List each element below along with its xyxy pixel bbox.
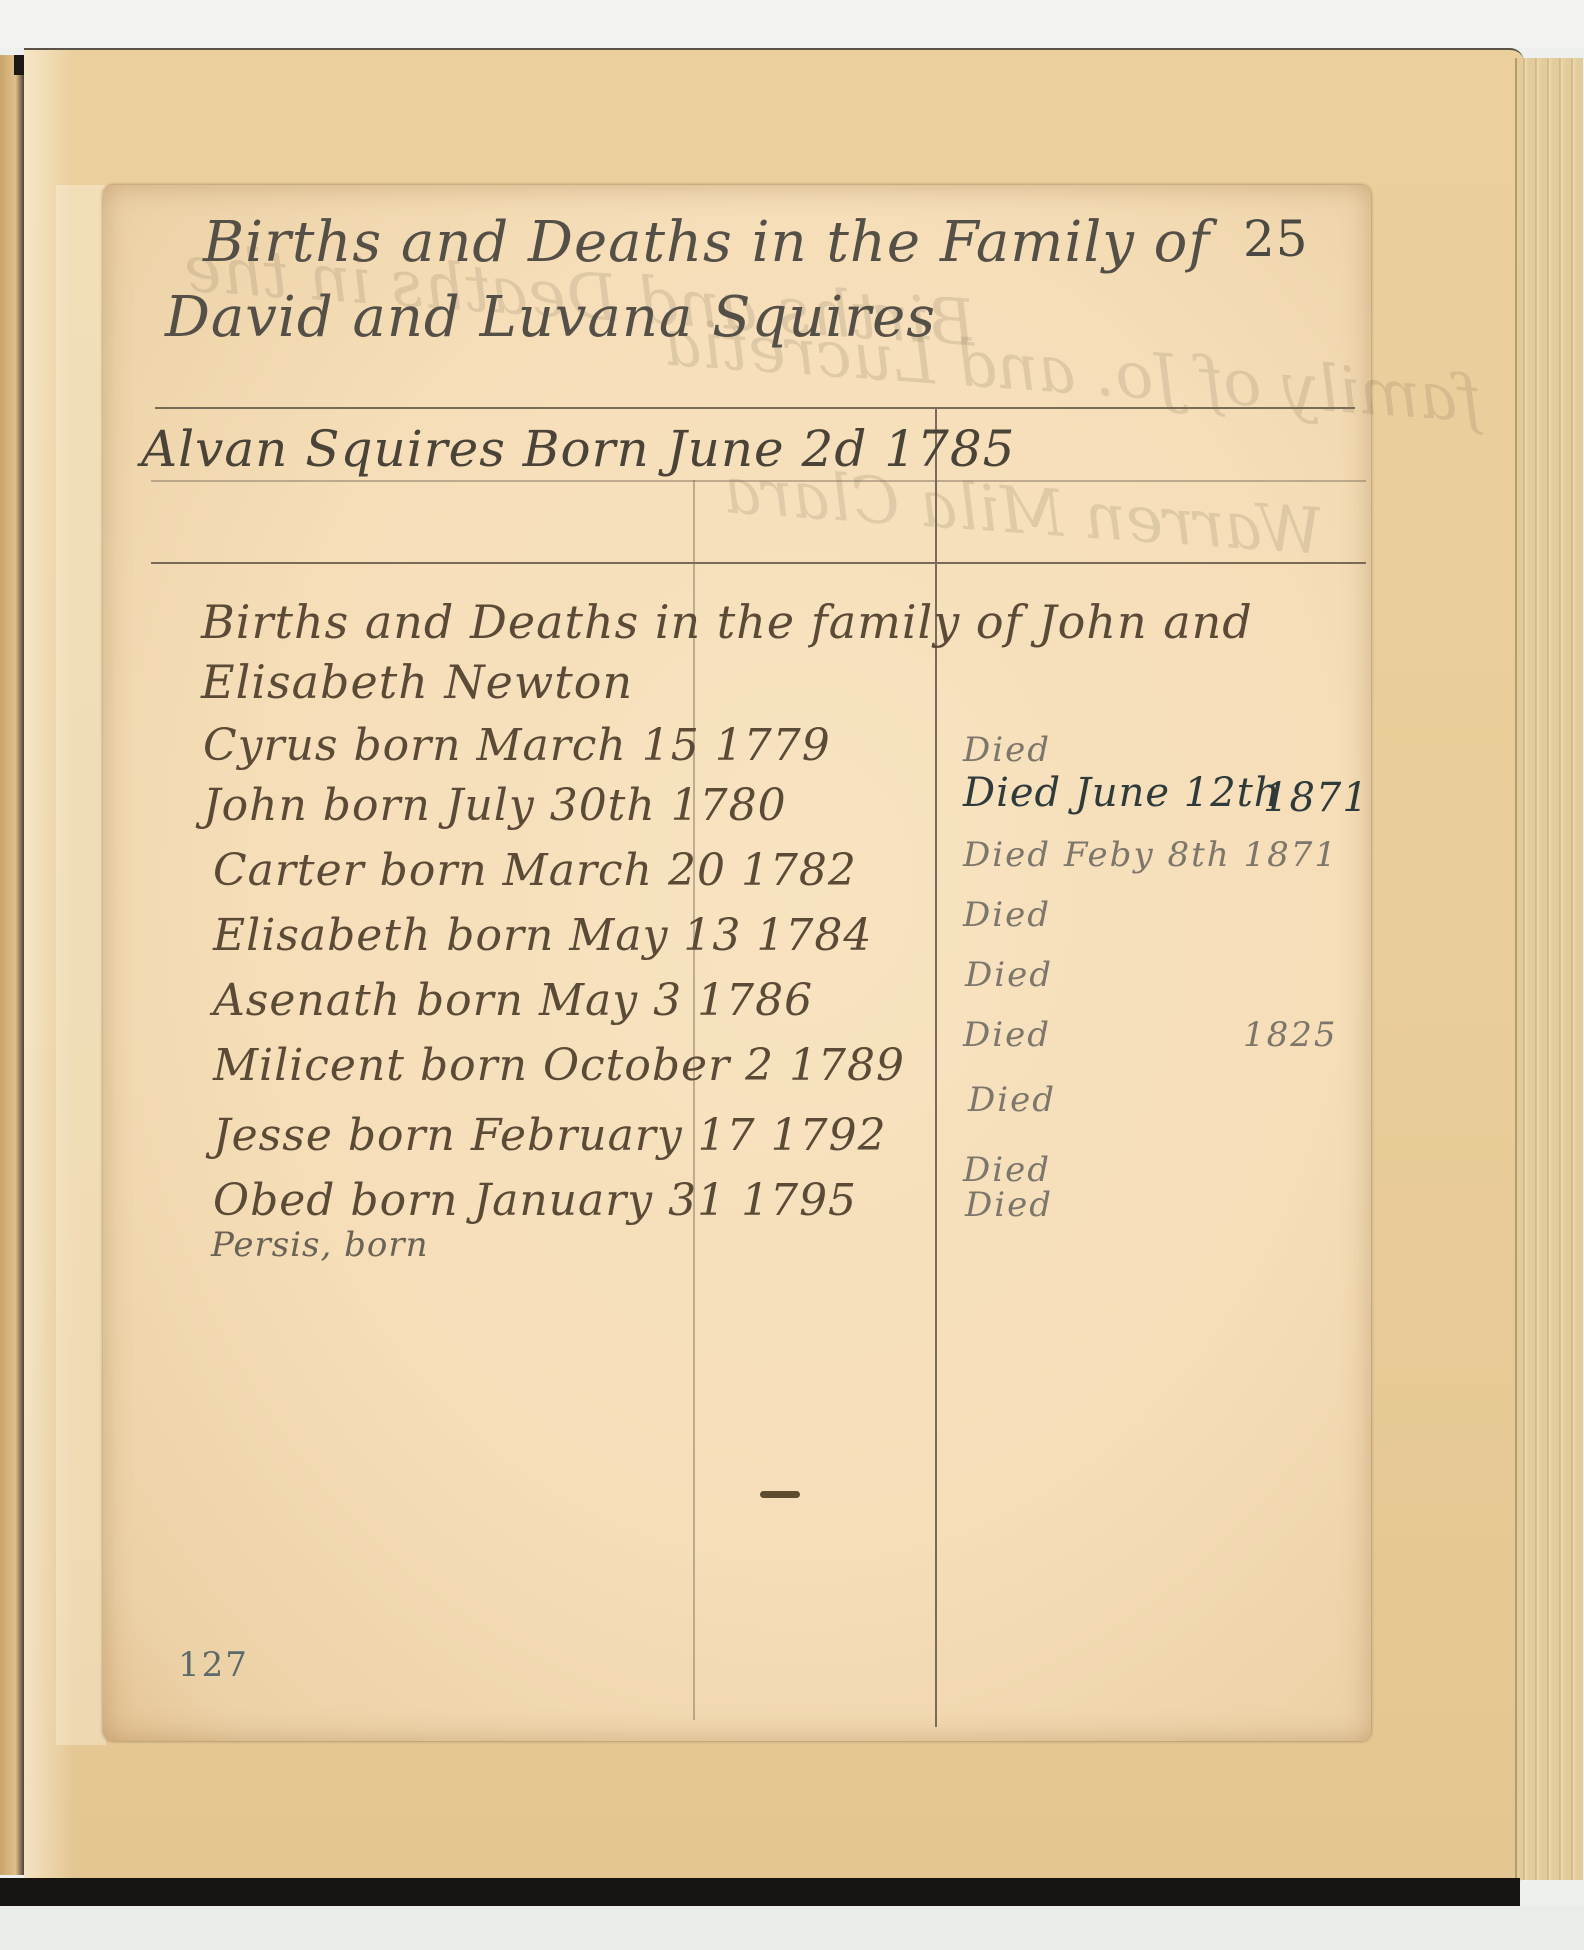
birth-entry: Persis, born (211, 1225, 429, 1265)
manuscript-leaf: Births and Deaths in the family of Jo. a… (103, 185, 1371, 1741)
ink-blot (760, 1491, 800, 1498)
birth-entry: Elisabeth born May 13 1784 (213, 910, 872, 961)
rule-top (155, 407, 1355, 409)
section2-heading-line1: Births and Deaths in the family of John … (201, 595, 1253, 649)
death-year: 1871 (1263, 775, 1369, 821)
rule-mid (151, 562, 1366, 564)
page-number-top: 25 (1243, 210, 1309, 268)
birth-entry: Milicent born October 2 1789 (213, 1040, 905, 1091)
facing-page-edge (0, 55, 26, 1875)
death-entry: Died (963, 730, 1051, 770)
death-entry: Died (963, 1015, 1051, 1055)
page-number-bottom: 127 (178, 1645, 249, 1685)
section1-heading-line2: David and Luvana Squires (165, 285, 936, 350)
birth-entry: Obed born January 31 1795 (213, 1175, 857, 1226)
birth-entry: Asenath born May 3 1786 (213, 975, 813, 1026)
birth-entry: Cyrus born March 15 1779 (203, 720, 831, 771)
birth-entry: Carter born March 20 1782 (213, 845, 857, 896)
scanner-background-bottom (0, 1906, 1584, 1950)
death-entry: Died (968, 1080, 1056, 1120)
scanner-background-top (0, 0, 1584, 48)
section2-heading-line2: Elisabeth Newton (201, 655, 633, 709)
column-divider-faint (693, 480, 695, 1720)
section1-entry: Alvan Squires Born June 2d 1785 (141, 420, 1015, 478)
birth-entry: Jesse born February 17 1792 (213, 1110, 887, 1161)
hinge-strip (56, 185, 106, 1745)
death-entry: Died (965, 1185, 1053, 1225)
section1-heading-line1: Births and Deaths in the Family of (203, 210, 1210, 275)
death-year: 1825 (1243, 1015, 1338, 1055)
death-entry: Died Feby 8th 1871 (963, 835, 1338, 875)
page-stack-edge (1515, 58, 1583, 1880)
death-entry: Died (963, 1150, 1051, 1190)
death-entry: Died June 12th (963, 770, 1281, 816)
death-entry: Died (963, 895, 1051, 935)
rule-faint (151, 480, 1366, 482)
binding-shadow (14, 55, 24, 75)
birth-entry: John born July 30th 1780 (203, 780, 787, 831)
death-entry: Died (965, 955, 1053, 995)
